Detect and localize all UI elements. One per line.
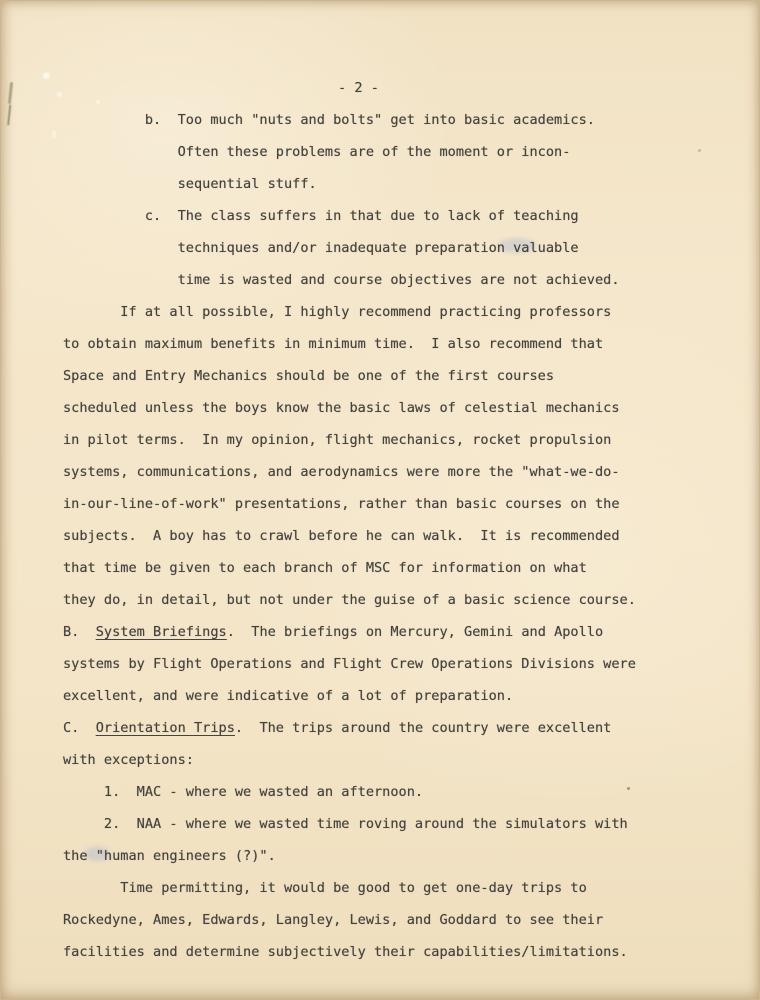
paragraph-line: in pilot terms. In my opinion, flight me…: [63, 424, 746, 456]
paragraph-line: in-our-line-of-work" presentations, rath…: [63, 488, 746, 520]
paper-speck: [43, 72, 50, 79]
list-item-c-line-2: techniques and/or inadequate preparation…: [63, 232, 746, 264]
section-b-marker: B.: [63, 624, 96, 640]
paragraph-line: subjects. A boy has to crawl before he c…: [63, 520, 746, 552]
section-b-text: . The briefings on Mercury, Gemini and A…: [227, 624, 603, 640]
paragraph-line: systems by Flight Operations and Flight …: [63, 648, 746, 680]
section-c-marker: C.: [63, 720, 96, 736]
section-b-heading-line: B. System Briefings. The briefings on Me…: [63, 616, 746, 648]
paragraph-line: with exceptions:: [63, 744, 746, 776]
numbered-item-2-line-2: the "human engineers (?)".: [63, 840, 746, 872]
section-b-title: System Briefings: [96, 624, 227, 640]
numbered-item-2-line-1: 2. NAA - where we wasted time roving aro…: [63, 808, 746, 840]
typewritten-text-block: - 2 - b. Too much "nuts and bolts" get i…: [63, 72, 746, 968]
paragraph-line: scheduled unless the boys know the basic…: [63, 392, 746, 424]
list-item-b-line-2: Often these problems are of the moment o…: [63, 136, 746, 168]
paragraph-line: they do, in detail, but not under the gu…: [63, 584, 746, 616]
section-c-text: . The trips around the country were exce…: [235, 720, 611, 736]
paragraph-line: Space and Entry Mechanics should be one …: [63, 360, 746, 392]
paper-speck: [57, 92, 62, 97]
paragraph-line: Time permitting, it would be good to get…: [63, 872, 746, 904]
paper-speck: [52, 130, 56, 139]
list-item-b-line-1: b. Too much "nuts and bolts" get into ba…: [63, 104, 746, 136]
paragraph-line: facilities and determine subjectively th…: [63, 936, 746, 968]
list-item-c-line-1: c. The class suffers in that due to lack…: [63, 200, 746, 232]
list-item-b-line-3: sequential stuff.: [63, 168, 746, 200]
paragraph-line: Rockedyne, Ames, Edwards, Langley, Lewis…: [63, 904, 746, 936]
section-c-title: Orientation Trips: [96, 720, 235, 736]
paragraph-line: systems, communications, and aerodynamic…: [63, 456, 746, 488]
numbered-item-1: 1. MAC - where we wasted an afternoon.: [63, 776, 746, 808]
list-item-c-line-3: time is wasted and course objectives are…: [63, 264, 746, 296]
document-page: - 2 - b. Too much "nuts and bolts" get i…: [0, 0, 760, 1000]
page-number: - 2 -: [63, 72, 746, 104]
paragraph-line: excellent, and were indicative of a lot …: [63, 680, 746, 712]
section-c-heading-line: C. Orientation Trips. The trips around t…: [63, 712, 746, 744]
paragraph-line: to obtain maximum benefits in minimum ti…: [63, 328, 746, 360]
pen-scratch-mark: [8, 82, 13, 104]
paragraph-line: If at all possible, I highly recommend p…: [63, 296, 746, 328]
paragraph-line: that time be given to each branch of MSC…: [63, 552, 746, 584]
